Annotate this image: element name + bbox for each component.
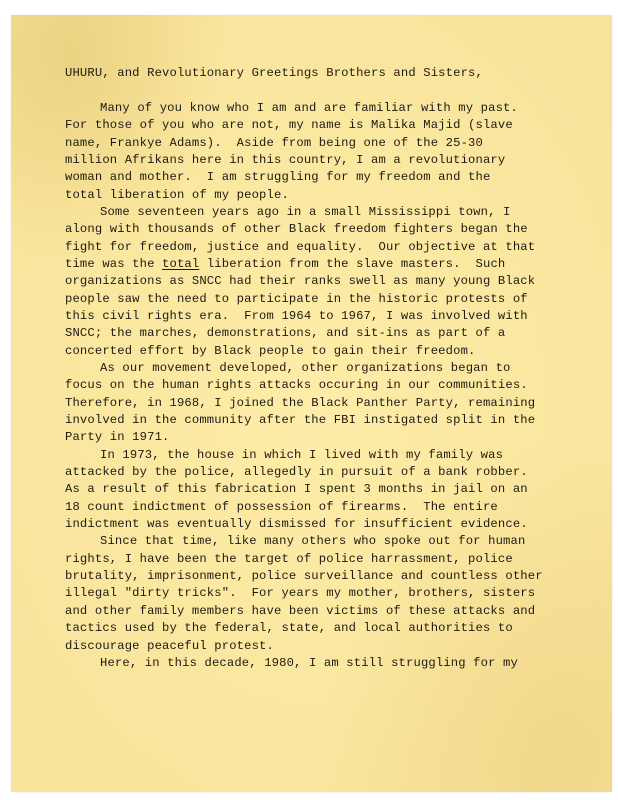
paragraph-1: Many of you know who I am and are famili…	[65, 100, 605, 204]
text-line: discourage peaceful protest.	[65, 638, 605, 655]
text-line: As a result of this fabrication I spent …	[65, 481, 605, 498]
text-line: woman and mother. I am struggling for my…	[65, 169, 605, 186]
text-line: Party in 1971.	[65, 429, 605, 446]
text-line: this civil rights era. From 1964 to 1967…	[65, 308, 605, 325]
paragraph-2: Some seventeen years ago in a small Miss…	[65, 204, 605, 360]
text-line: concerted effort by Black people to gain…	[65, 343, 605, 360]
text-segment: liberation from the slave masters. Such	[199, 257, 505, 271]
underlined-word: total	[162, 257, 199, 271]
text-line: along with thousands of other Black free…	[65, 221, 605, 238]
text-line: In 1973, the house in which I lived with…	[65, 447, 605, 464]
text-line: Some seventeen years ago in a small Miss…	[65, 204, 605, 221]
text-line: fight for freedom, justice and equality.…	[65, 239, 605, 256]
text-line: name, Frankye Adams). Aside from being o…	[65, 135, 605, 152]
text-line: tactics used by the federal, state, and …	[65, 620, 605, 637]
text-line: Here, in this decade, 1980, I am still s…	[65, 655, 605, 672]
text-line: people saw the need to participate in th…	[65, 291, 605, 308]
salutation: UHURU, and Revolutionary Greetings Broth…	[65, 65, 605, 82]
text-line: attacked by the police, allegedly in pur…	[65, 464, 605, 481]
text-line: total liberation of my people.	[65, 187, 605, 204]
text-line: focus on the human rights attacks occuri…	[65, 377, 605, 394]
text-line: million Afrikans here in this country, I…	[65, 152, 605, 169]
text-line: organizations as SNCC had their ranks sw…	[65, 273, 605, 290]
text-line: As our movement developed, other organiz…	[65, 360, 605, 377]
text-line: rights, I have been the target of police…	[65, 551, 605, 568]
paragraph-4: In 1973, the house in which I lived with…	[65, 447, 605, 534]
text-line: 18 count indictment of possession of fir…	[65, 499, 605, 516]
text-line: and other family members have been victi…	[65, 603, 605, 620]
text-line: indictment was eventually dismissed for …	[65, 516, 605, 533]
text-line: illegal "dirty tricks". For years my mot…	[65, 585, 605, 602]
text-line: Since that time, like many others who sp…	[65, 533, 605, 550]
letter-page: UHURU, and Revolutionary Greetings Broth…	[11, 15, 612, 792]
text-line: Many of you know who I am and are famili…	[65, 100, 605, 117]
text-line: Therefore, in 1968, I joined the Black P…	[65, 395, 605, 412]
text-line: For those of you who are not, my name is…	[65, 117, 605, 134]
paragraph-3: As our movement developed, other organiz…	[65, 360, 605, 447]
text-line: involved in the community after the FBI …	[65, 412, 605, 429]
text-line: SNCC; the marches, demonstrations, and s…	[65, 325, 605, 342]
text-line-with-underline: time was the total liberation from the s…	[65, 256, 605, 273]
text-line: brutality, imprisonment, police surveill…	[65, 568, 605, 585]
paragraph-5: Since that time, like many others who sp…	[65, 533, 605, 654]
text-segment: time was the	[65, 257, 162, 271]
letter-body: UHURU, and Revolutionary Greetings Broth…	[65, 65, 605, 672]
paragraph-6: Here, in this decade, 1980, I am still s…	[65, 655, 605, 672]
